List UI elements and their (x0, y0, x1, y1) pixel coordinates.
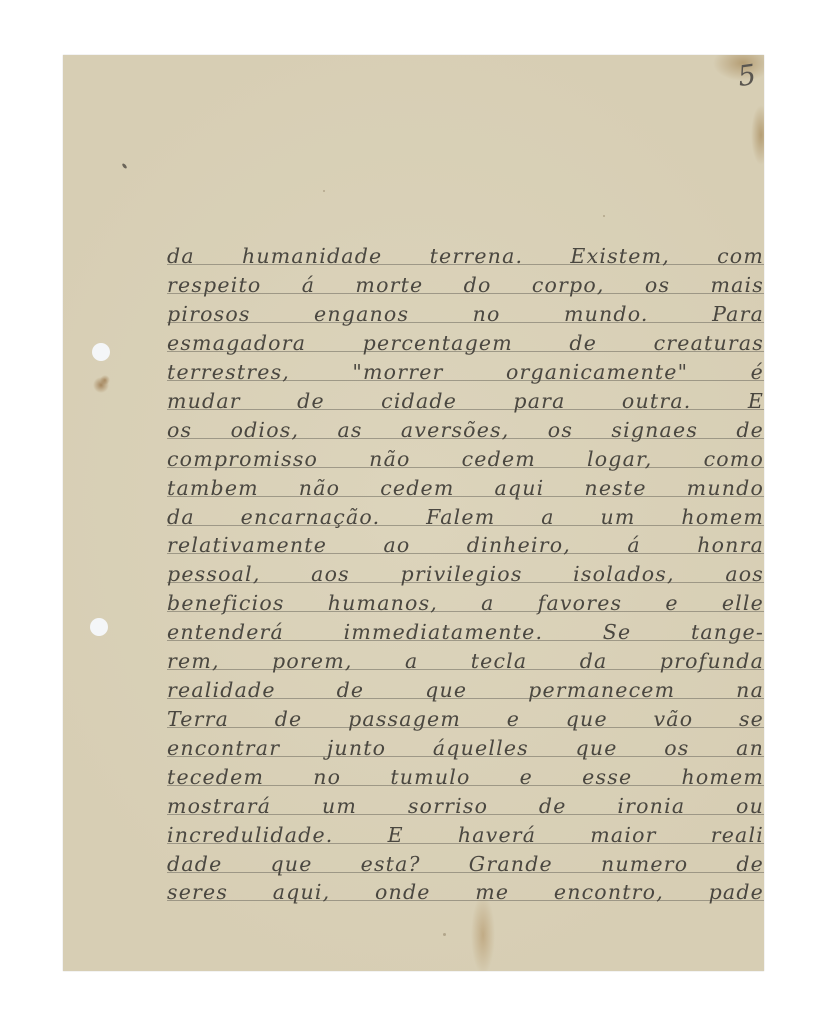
text-line: terrestres, "morrer organicamente" é (167, 361, 764, 383)
text-line: Terra de passagem e que vão se (167, 708, 764, 730)
text-line: realidade de que permanecem na (167, 679, 764, 701)
punch-hole-bottom (90, 618, 108, 636)
text-line: os odios, as aversões, os signaes de (167, 419, 764, 441)
text-line: beneficios humanos, a favores e elle (167, 592, 764, 614)
text-line: incredulidade. E haverá maior reali (167, 824, 764, 846)
text-line: encontrar junto áquelles que os an (167, 737, 764, 759)
text-line: da encarnação. Falem a um homem (167, 506, 764, 528)
manuscript-page: 5 da humanidade terrena. Existem, com re… (63, 55, 764, 971)
page-number: 5 (736, 58, 758, 93)
text-line: tambem não cedem aqui neste mundo (167, 477, 764, 499)
text-line: tecedem no tumulo e esse homem (167, 766, 764, 788)
text-line: dade que esta? Grande numero de (167, 853, 764, 875)
punch-hole-top (92, 343, 110, 361)
text-line: rem, porem, a tecla da profunda (167, 650, 764, 672)
text-line: respeito á morte do corpo, os mais (167, 274, 764, 296)
ink-speck (121, 163, 127, 170)
text-line: da humanidade terrena. Existem, com (167, 245, 764, 267)
speck (603, 215, 605, 217)
text-line: esmagadora percentagem de creaturas (167, 332, 764, 354)
text-line: pessoal, aos privilegios isolados, aos (167, 563, 764, 585)
speck (323, 190, 325, 192)
text-line: compromisso não cedem logar, como (167, 448, 764, 470)
text-line: seres aqui, onde me encontro, pade (167, 881, 764, 903)
text-line: pirosos enganos no mundo. Para (167, 303, 764, 325)
text-line: relativamente ao dinheiro, á honra (167, 534, 764, 556)
text-line: mudar de cidade para outra. E (167, 390, 764, 412)
text-line: entenderá immediatamente. Se tange- (167, 621, 764, 643)
speck (443, 933, 446, 936)
text-line: mostrará um sorriso de ironia ou (167, 795, 764, 817)
